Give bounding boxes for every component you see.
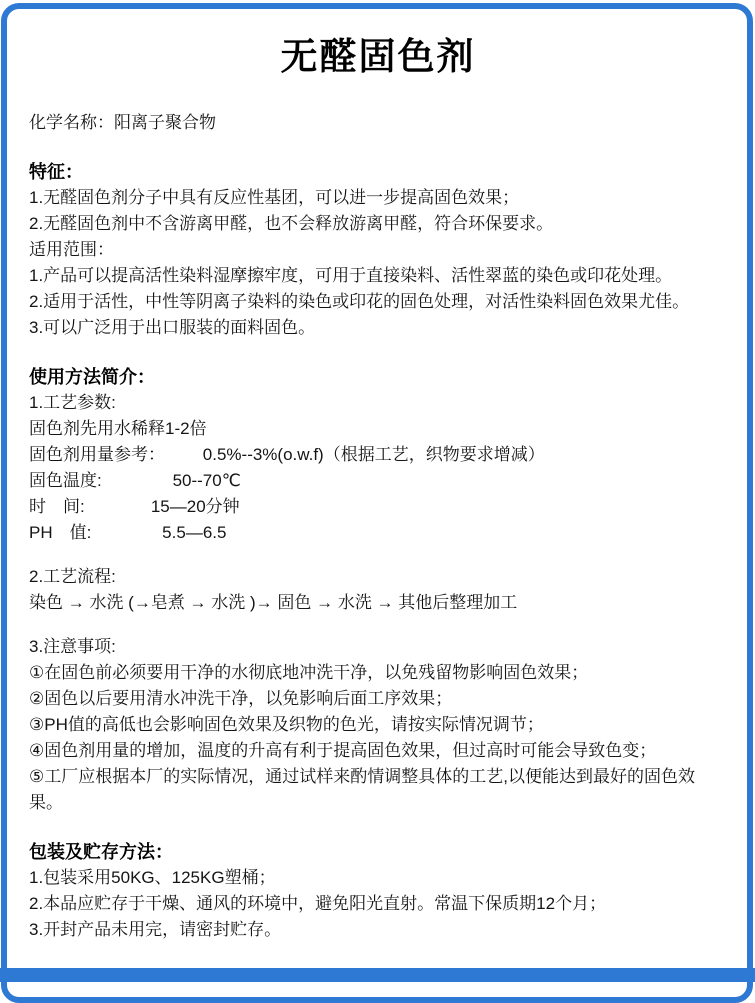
process-params-title: 1.工艺参数: [29,390,727,416]
process-flow-title: 2.工艺流程: [29,564,727,590]
note-2: ②固色以后要用清水冲洗干净，以免影响后面工序效果； [29,686,727,712]
note-5: ⑤工厂应根据本厂的实际情况，通过试样来酌情调整具体的工艺,以便能达到最好的固色效… [29,764,727,816]
process-flow-line: 染色 → 水洗 (→皂煮 → 水洗 )→ 固色 → 水洗 → 其他后整理加工 [29,590,727,616]
section-usage: 使用方法简介： 1.工艺参数: 固色剂先用水稀释1-2倍 固色剂用量参考： 0.… [29,364,727,816]
section-packaging: 包装及贮存方法： 1.包装采用50KG、125KG塑桶； 2.本品应贮存于干燥、… [29,839,727,943]
notes: 3.注意事项: ①在固色前必须要用干净的水彻底地冲洗干净，以免残留物影响固色效果… [29,634,727,816]
param-ph: PH 值: 5.5—6.5 [29,520,727,546]
scope-line-3: 3.可以广泛用于出口服装的面料固色。 [29,315,727,341]
scope-line-2: 2.适用于活性，中性等阴离子染料的染色或印花的固色处理，对活性染料固色效果尤佳。 [29,289,727,315]
chemical-name-line: 化学名称：阳离子聚合物 [29,110,727,136]
notes-title: 3.注意事项: [29,634,727,660]
packaging-heading: 包装及贮存方法： [29,839,727,865]
packaging-line-1: 1.包装采用50KG、125KG塑桶； [29,865,727,891]
note-1: ①在固色前必须要用干净的水彻底地冲洗干净，以免残留物影响固色效果； [29,660,727,686]
scope-line-1: 1.产品可以提高活性染料湿摩擦牢度，可用于直接染料、活性翠蓝的染色或印花处理。 [29,263,727,289]
process-flow: 2.工艺流程: 染色 → 水洗 (→皂煮 → 水洗 )→ 固色 → 水洗 → 其… [29,564,727,616]
usage-heading: 使用方法简介： [29,364,727,390]
param-dilution: 固色剂先用水稀释1-2倍 [29,416,727,442]
features-heading: 特征： [29,159,727,185]
feature-line-2: 2.无醛固色剂中不含游离甲醛，也不会释放游离甲醛，符合环保要求。 [29,211,727,237]
scope-heading: 适用范围： [29,237,727,263]
packaging-line-2: 2.本品应贮存于干燥、通风的环境中，避免阳光直射。常温下保质期12个月； [29,891,727,917]
document-card: 无醛固色剂 化学名称：阳离子聚合物 特征： 1.无醛固色剂分子中具有反应性基团，… [1,3,753,982]
note-3: ③PH值的高低也会影响固色效果及织物的色光，请按实际情况调节； [29,712,727,738]
process-parameters: 1.工艺参数: 固色剂先用水稀释1-2倍 固色剂用量参考： 0.5%--3%(o… [29,390,727,546]
note-4: ④固色剂用量的增加，温度的升高有利于提高固色效果，但过高时可能会导致色变； [29,738,727,764]
param-time: 时 间: 15—20分钟 [29,494,727,520]
param-temperature: 固色温度: 50--70℃ [29,468,727,494]
feature-line-1: 1.无醛固色剂分子中具有反应性基团，可以进一步提高固色效果； [29,185,727,211]
page-title: 无醛固色剂 [29,34,727,80]
bottom-border-bar [0,968,755,982]
section-features: 特征： 1.无醛固色剂分子中具有反应性基团，可以进一步提高固色效果； 2.无醛固… [29,159,727,341]
packaging-line-3: 3.开封产品未用完，请密封贮存。 [29,917,727,943]
param-dosage: 固色剂用量参考： 0.5%--3%(o.w.f)（根据工艺，织物要求增减） [29,442,727,468]
